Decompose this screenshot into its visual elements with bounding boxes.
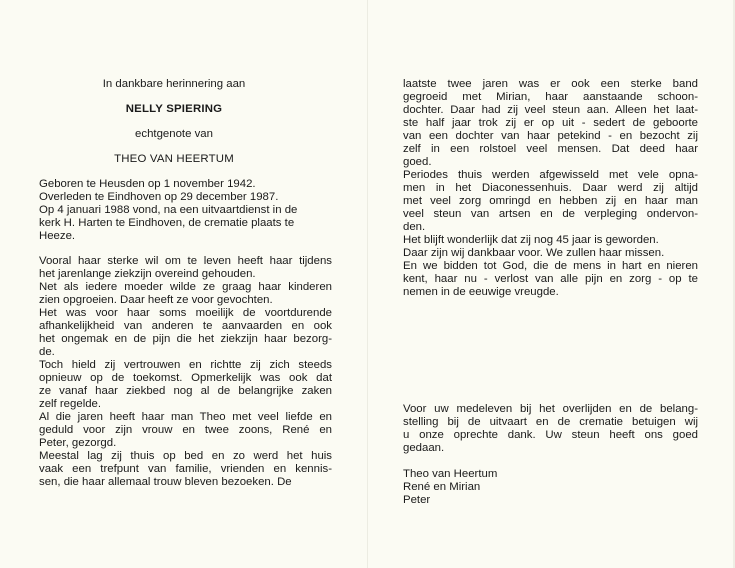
text-line: zelf regelde. bbox=[39, 398, 332, 411]
text-line: Het blijft wonderlijk dat zij nog 45 jaa… bbox=[403, 234, 698, 247]
left-page: In dankbare herinnering aan NELLY SPIERI… bbox=[39, 78, 332, 489]
text-line: veel steun van artsen en de verpleging o… bbox=[403, 208, 698, 221]
text-line: Geboren te Heusden op 1 november 1942. bbox=[39, 178, 332, 191]
text-line: En we bidden tot God, die de mens in har… bbox=[403, 260, 698, 273]
text-line: met veel zorg omringd en hebben zij en h… bbox=[403, 195, 698, 208]
spouse-name: THEO VAN HEERTUM bbox=[64, 153, 284, 166]
text-line: kerk H. Harten te Eindhoven, de crematie… bbox=[39, 217, 332, 230]
spouse-of-text: echtgenote van bbox=[64, 128, 284, 141]
text-line: Periodes thuis werden afgewisseld met ve… bbox=[403, 169, 698, 182]
thanks-block: Voor uw medeleven bij het overlijden en … bbox=[403, 403, 698, 507]
text-line: Daar zijn wij dankbaar voor. We zullen h… bbox=[403, 247, 698, 260]
text-line: Peter bbox=[403, 494, 698, 507]
facts-block: Geboren te Heusden op 1 november 1942.Ov… bbox=[39, 178, 332, 243]
signatures: Theo van HeertumRené en MirianPeter bbox=[403, 468, 698, 507]
text-line: Overleden te Eindhoven op 29 december 19… bbox=[39, 191, 332, 204]
intro-text: In dankbare herinnering aan bbox=[64, 78, 284, 91]
text-line: laatste twee jaren was er ook een sterke… bbox=[403, 78, 698, 91]
text-line: de. bbox=[39, 346, 332, 359]
text-line: Het was voor haar soms moeilijk de voort… bbox=[39, 307, 332, 320]
text-line: kent, haar nu - verlost van alle pijn en… bbox=[403, 273, 698, 286]
text-line: gegroeid met Mirian, haar aanstaande sch… bbox=[403, 91, 698, 104]
text-line: stelling bij de uitvaart en de crematie … bbox=[403, 416, 698, 429]
right-body-text: laatste twee jaren was er ook een sterke… bbox=[403, 78, 698, 299]
text-line: Vooral haar sterke wil om te leven heeft… bbox=[39, 255, 332, 268]
text-line: Voor uw medeleven bij het overlijden en … bbox=[403, 403, 698, 416]
text-line: zelf in een rolstoel veel mensen. Dat de… bbox=[403, 143, 698, 156]
text-line: zien opgroeien. Daar heeft ze voor gevoc… bbox=[39, 294, 332, 307]
text-line: gedaan. bbox=[403, 442, 698, 455]
text-line: Theo van Heertum bbox=[403, 468, 698, 481]
text-line: Meestal lag zij thuis op bed en zo werd … bbox=[39, 450, 332, 463]
left-body-text: Vooral haar sterke wil om te leven heeft… bbox=[39, 255, 332, 489]
text-line: Al die jaren heeft haar man Theo met vee… bbox=[39, 411, 332, 424]
text-line: ze vanaf haar ziekbed nog al de belangri… bbox=[39, 385, 332, 398]
text-line: het jarenlange ziekzijn overeind gehoude… bbox=[39, 268, 332, 281]
right-page: laatste twee jaren was er ook een sterke… bbox=[403, 78, 698, 299]
text-line: Op 4 januari 1988 vond, na een uitvaartd… bbox=[39, 204, 332, 217]
text-line: Net als iedere moeder wilde ze graag haa… bbox=[39, 281, 332, 294]
text-line: u onze oprechte dank. Uw steun heeft ons… bbox=[403, 429, 698, 442]
text-line: sen, die haar allemaal trouw bleven bezo… bbox=[39, 476, 332, 489]
text-line: Toch hield zij vertrouwen en richtte zij… bbox=[39, 359, 332, 372]
text-line: van een dochter van haar petekind - en b… bbox=[403, 130, 698, 143]
thanks-text: Voor uw medeleven bij het overlijden en … bbox=[403, 403, 698, 455]
text-line: goed. bbox=[403, 156, 698, 169]
text-line: men in het Diaconessenhuis. Daar werd zi… bbox=[403, 182, 698, 195]
deceased-name: NELLY SPIERING bbox=[64, 103, 284, 116]
text-line: Heeze. bbox=[39, 230, 332, 243]
text-line: dochter. Daar had zij veel steun aan. Al… bbox=[403, 104, 698, 117]
text-line: het ongemak en de pijn die het ziekzijn … bbox=[39, 333, 332, 346]
text-line: nemen in de eeuwige vreugde. bbox=[403, 286, 698, 299]
text-line: geduld voor zijn vrouw en twee zoons, Re… bbox=[39, 424, 332, 437]
fold-line bbox=[367, 0, 368, 568]
memorial-card: In dankbare herinnering aan NELLY SPIERI… bbox=[0, 0, 735, 568]
text-line: opnieuw op de toekomst. Opmerkelijk was … bbox=[39, 372, 332, 385]
text-line: vaak een trefpunt van familie, vrienden … bbox=[39, 463, 332, 476]
text-line: ste half jaar trok zij er op uit - seder… bbox=[403, 117, 698, 130]
text-line: den. bbox=[403, 221, 698, 234]
text-line: afhankelijkheid van anderen te aanvaarde… bbox=[39, 320, 332, 333]
text-line: Peter, gezorgd. bbox=[39, 437, 332, 450]
text-line: René en Mirian bbox=[403, 481, 698, 494]
